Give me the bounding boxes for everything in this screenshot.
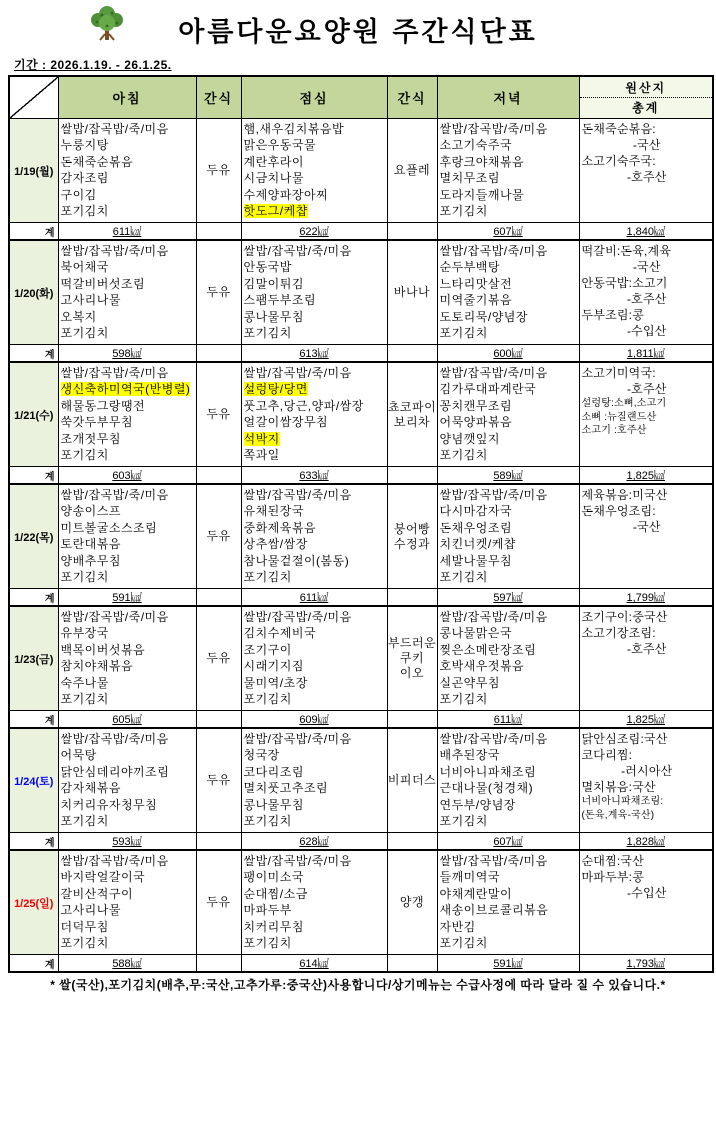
menu-item: 쌀밥/잡곡밥/죽/미음: [61, 243, 196, 259]
origin-cell: 순대찜:국산마파두부:콩-수입산: [579, 850, 713, 955]
menu-text: 쌀밥/잡곡밥/죽/미음: [61, 610, 169, 624]
highlighted-menu-text: 생신축하미역국(반병렬): [61, 382, 191, 396]
morning-snack-cell: 두유: [196, 850, 241, 955]
menu-text: 쌀밥/잡곡밥/죽/미음: [61, 244, 169, 258]
date-cell: 1/23(금): [9, 606, 58, 711]
menu-item: 쌀밥/잡곡밥/죽/미음: [244, 853, 387, 869]
menu-text: 포기김치: [244, 814, 292, 828]
dinner-kcal-cell: 591㎉: [437, 955, 579, 973]
menu-item: 쌀밥/잡곡밥/죽/미음: [244, 487, 387, 503]
menu-text: 콩나물무침: [244, 310, 304, 324]
menu-text: 참나물겉절이(봄동): [244, 554, 350, 568]
date-cell: 1/20(화): [9, 240, 58, 345]
lunch-kcal-cell: 609㎉: [241, 711, 387, 729]
day-row-1/24(토): 1/24(토)쌀밥/잡곡밥/죽/미음어묵탕닭안심데리야끼조림감자채볶음치커리유자…: [9, 728, 713, 833]
snack-text: 바나나: [388, 285, 437, 300]
lunch-menu-cell: 쌀밥/잡곡밥/죽/미음팽이미소국순대찜/소금마파두부치커리무침포기김치: [241, 850, 387, 955]
kcal-value: 589㎉: [493, 470, 522, 482]
kcal-value: 628㎉: [299, 836, 328, 848]
menu-item: 고사리나물: [61, 292, 196, 308]
kcal-row-1/20(화): 계598㎉613㎉600㎉1,811㎉: [9, 345, 713, 363]
daily-total-kcal-cell: 1,811㎉: [579, 345, 713, 363]
menu-item: 쪽과일: [244, 447, 387, 463]
menu-item: 들깨미역국: [440, 869, 579, 885]
lunch-menu-cell: 쌀밥/잡곡밥/죽/미음유채된장국중화제육볶음상추쌈/쌈장참나물겉절이(봄동)포기…: [241, 484, 387, 589]
menu-text: 소고기숙주국: [440, 138, 513, 152]
col-header-breakfast: 아침: [58, 76, 196, 119]
origin-line: -수입산: [582, 885, 713, 901]
menu-text: 미트볼굴소스조림: [61, 521, 158, 535]
menu-item: 쌀밥/잡곡밥/죽/미음: [440, 121, 579, 137]
lunch-menu-cell: 쌀밥/잡곡밥/죽/미음설렁탕/당면풋고추,당근,양파/쌈장얼갈이쌈장무침석박지쪽…: [241, 362, 387, 467]
menu-text: 포기김치: [61, 570, 109, 584]
menu-item: 쌀밥/잡곡밥/죽/미음: [244, 609, 387, 625]
menu-item: 쌀밥/잡곡밥/죽/미음: [440, 243, 579, 259]
snack-text: 이오: [388, 666, 437, 681]
menu-item: 풋고추,당근,양파/쌈장: [244, 398, 387, 414]
menu-text: 쌀밥/잡곡밥/죽/미음: [61, 366, 169, 380]
menu-text: 고사리나물: [61, 903, 121, 917]
kcal-value: 609㎉: [299, 714, 328, 726]
kcal-value: 633㎉: [299, 470, 328, 482]
breakfast-kcal-cell: 598㎉: [58, 345, 196, 363]
breakfast-kcal-cell: 605㎉: [58, 711, 196, 729]
menu-text: 쌀밥/잡곡밥/죽/미음: [61, 122, 169, 136]
morning-snack-cell: 두유: [196, 606, 241, 711]
kcal-value: 607㎉: [493, 226, 522, 238]
menu-item: 순대찜/소금: [244, 886, 387, 902]
origin-line: 너비아니파채조림:: [582, 795, 713, 809]
menu-text: 유부장국: [61, 626, 109, 640]
menu-item: 소고기숙주국: [440, 137, 579, 153]
menu-text: 구이김: [61, 188, 97, 202]
origin-line: 닭안심조림:국산: [582, 731, 713, 747]
dinner-kcal-cell: 607㎉: [437, 833, 579, 851]
menu-item: 북어채국: [61, 259, 196, 275]
snack-text: 양갱: [388, 895, 437, 910]
menu-item: 포기김치: [244, 569, 387, 585]
menu-text: 꽁치캔무조림: [440, 399, 513, 413]
origin-line: -호주산: [582, 381, 713, 397]
lunch-menu-cell: 쌀밥/잡곡밥/죽/미음김치수제비국조기구이시래기지짐물미역/초장포기김치: [241, 606, 387, 711]
menu-text: 배추된장국: [440, 748, 500, 762]
footnote: * 쌀(국산),포기김치(배추,무:국산,고추가루:중국산)사용합니다/상기메뉴…: [0, 976, 716, 993]
dinner-kcal-cell: 607㎉: [437, 223, 579, 241]
menu-item: 쌀밥/잡곡밥/죽/미음: [61, 365, 196, 381]
origin-header-bottom: 총계: [580, 98, 713, 118]
menu-text: 물미역/초장: [244, 676, 308, 690]
snack-kcal-empty-cell: [196, 345, 241, 363]
menu-item: 마파두부: [244, 902, 387, 918]
snack-kcal-empty-cell: [196, 955, 241, 973]
afternoon-snack-cell: 바나나: [387, 240, 437, 345]
kcal-value: 598㎉: [112, 348, 141, 360]
kcal-row-label: 계: [9, 345, 58, 363]
dinner-menu-cell: 쌀밥/잡곡밥/죽/미음김가루대파계란국꽁치캔무조림어묵양파볶음양념깻잎지포기김치: [437, 362, 579, 467]
menu-text: 쑥갓두부무침: [61, 415, 134, 429]
menu-item: 꽁치캔무조림: [440, 398, 579, 414]
menu-item: 쌀밥/잡곡밥/죽/미음: [440, 731, 579, 747]
afternoon-snack-cell: 양갱: [387, 850, 437, 955]
lunch-kcal-cell: 611㎉: [241, 589, 387, 607]
menu-text: 포기김치: [244, 936, 292, 950]
origin-line: 소고기미역국:: [582, 365, 713, 381]
menu-text: 쌀밥/잡곡밥/죽/미음: [61, 488, 169, 502]
origin-cell: 조기구이:중국산소고기장조림:-호주산: [579, 606, 713, 711]
menu-item: 치커리무침: [244, 919, 387, 935]
menu-text: 쌀밥/잡곡밥/죽/미음: [440, 366, 548, 380]
afternoon-snack-cell: 요플레: [387, 119, 437, 223]
kcal-value: 1,799㎉: [626, 592, 665, 604]
menu-text: 돈채죽순볶음: [61, 155, 134, 169]
menu-item: 포기김치: [440, 203, 579, 219]
menu-item: 쌀밥/잡곡밥/죽/미음: [61, 487, 196, 503]
menu-text: 자반김: [440, 920, 476, 934]
menu-text: 멸치무조림: [440, 171, 500, 185]
daily-total-kcal-cell: 1,825㎉: [579, 467, 713, 485]
menu-text: 포기김치: [61, 692, 109, 706]
breakfast-kcal-cell: 591㎉: [58, 589, 196, 607]
menu-text: 감자조림: [61, 171, 109, 185]
lunch-kcal-cell: 633㎉: [241, 467, 387, 485]
snack-text: 두유: [197, 407, 241, 422]
snack-text: 쵸코파이: [388, 400, 437, 415]
menu-text: 치커리무침: [244, 920, 304, 934]
origin-line: -국산: [582, 259, 713, 275]
menu-item: 도라지들깨나물: [440, 187, 579, 203]
origin-line: 돈채우엉조림:: [582, 503, 713, 519]
afternoon-snack-cell: 붕어빵수정과: [387, 484, 437, 589]
menu-text: 스팸두부조림: [244, 293, 317, 307]
kcal-value: 588㎉: [112, 958, 141, 970]
menu-text: 어묵양파볶음: [440, 415, 513, 429]
lunch-menu-cell: 햄,새우김치볶음밥맑은우동국물계란후라이시금치나물수제양파장아찌핫도그/케챱: [241, 119, 387, 223]
day-row-1/19(월): 1/19(월)쌀밥/잡곡밥/죽/미음누룽지탕돈채죽순볶음감자조림구이김포기김치두…: [9, 119, 713, 223]
menu-text: 너비아니파채조림: [440, 765, 537, 779]
menu-text: 쌀밥/잡곡밥/죽/미음: [244, 244, 352, 258]
origin-line: 마파두부:콩: [582, 869, 713, 885]
lunch-kcal-cell: 622㎉: [241, 223, 387, 241]
kcal-value: 611㎉: [494, 714, 523, 726]
kcal-value: 607㎉: [493, 836, 522, 848]
date-cell: 1/21(수): [9, 362, 58, 467]
snack-kcal-empty-cell: [196, 467, 241, 485]
menu-text: 포기김치: [61, 204, 109, 218]
menu-item: 오복지: [61, 309, 196, 325]
period-label: 기간 : 2026.1.19. - 26.1.25.: [14, 56, 716, 73]
snack-text: 쿠키: [388, 651, 437, 666]
kcal-row-label: 계: [9, 223, 58, 241]
menu-text: 풋고추,당근,양파/쌈장: [244, 399, 364, 413]
menu-text: 해물동그랑땡전: [61, 399, 146, 413]
menu-item: 포기김치: [440, 935, 579, 951]
kcal-row-label: 계: [9, 833, 58, 851]
menu-item: 양배추무침: [61, 553, 196, 569]
menu-item: 포기김치: [244, 813, 387, 829]
menu-item: 도토리묵/양념장: [440, 309, 579, 325]
menu-text: 포기김치: [440, 326, 488, 340]
menu-text: 호박새우젓볶음: [440, 659, 525, 673]
menu-item: 쌀밥/잡곡밥/죽/미음: [440, 365, 579, 381]
menu-item: 포기김치: [61, 447, 196, 463]
menu-text: 치커리유자청무침: [61, 798, 158, 812]
menu-item: 콩나물무침: [244, 797, 387, 813]
menu-text: 멸치풋고추조림: [244, 781, 329, 795]
kcal-row-1/24(토): 계593㎉628㎉607㎉1,828㎉: [9, 833, 713, 851]
menu-item: 세발나물무침: [440, 553, 579, 569]
snack-text: 두유: [197, 285, 241, 300]
kcal-value: 600㎉: [493, 348, 522, 360]
breakfast-kcal-cell: 603㎉: [58, 467, 196, 485]
morning-snack-cell: 두유: [196, 362, 241, 467]
snack-kcal-empty-cell: [387, 833, 437, 851]
menu-item: 포기김치: [61, 203, 196, 219]
day-row-1/21(수): 1/21(수)쌀밥/잡곡밥/죽/미음생신축하미역국(반병렬)해물동그랑땡전쑥갓두…: [9, 362, 713, 467]
menu-item: 새송이브로콜리볶음: [440, 902, 579, 918]
menu-item: 연두부/양념장: [440, 797, 579, 813]
dinner-menu-cell: 쌀밥/잡곡밥/죽/미음다시마감자국돈채우엉조림치킨너켓/케챱세발나물무침포기김치: [437, 484, 579, 589]
kcal-value: 597㎉: [493, 592, 522, 604]
daily-total-kcal-cell: 1,825㎉: [579, 711, 713, 729]
menu-item: 어묵탕: [61, 747, 196, 763]
snack-kcal-empty-cell: [387, 345, 437, 363]
menu-text: 닭안심데리야끼조림: [61, 765, 170, 779]
menu-item: 다시마감자국: [440, 503, 579, 519]
menu-item: 유부장국: [61, 625, 196, 641]
menu-text: 팽이미소국: [244, 870, 304, 884]
menu-item: 유채된장국: [244, 503, 387, 519]
menu-text: 쌀밥/잡곡밥/죽/미음: [244, 854, 352, 868]
menu-text: 쌀밥/잡곡밥/죽/미음: [440, 488, 548, 502]
daily-total-kcal-cell: 1,799㎉: [579, 589, 713, 607]
menu-text: 상추쌈/쌈장: [244, 537, 308, 551]
menu-item: 스팸두부조림: [244, 292, 387, 308]
menu-text: 쌀밥/잡곡밥/죽/미음: [61, 854, 169, 868]
menu-text: 들깨미역국: [440, 870, 500, 884]
menu-text: 유채된장국: [244, 504, 304, 518]
menu-text: 조개젓무침: [61, 432, 121, 446]
dinner-menu-cell: 쌀밥/잡곡밥/죽/미음순두부백탕느타리맛살전미역줄기볶음도토리묵/양념장포기김치: [437, 240, 579, 345]
breakfast-kcal-cell: 611㎉: [58, 223, 196, 241]
snack-text: 수정과: [388, 537, 437, 552]
date-cell: 1/22(목): [9, 484, 58, 589]
menu-item: 찢은소메란장조림: [440, 642, 579, 658]
menu-text: 더덕무침: [61, 920, 109, 934]
menu-text: 치킨너켓/케챱: [440, 537, 516, 551]
menu-text: 김말이튀김: [244, 277, 304, 291]
menu-text: 양배추무침: [61, 554, 121, 568]
tree-logo-icon: [88, 4, 126, 49]
menu-text: 쪽과일: [244, 448, 280, 462]
origin-line: 설렁탕:소뼈,소고기: [582, 397, 713, 411]
kcal-value: 611㎉: [300, 592, 329, 604]
menu-text: 김치수제비국: [244, 626, 317, 640]
menu-text: 후랑크야채볶음: [440, 155, 525, 169]
day-row-1/25(일): 1/25(일)쌀밥/잡곡밥/죽/미음바지락얼갈이국갈비산적구이고사리나물더덕무침…: [9, 850, 713, 955]
menu-text: 시래기지짐: [244, 659, 304, 673]
kcal-row-label: 계: [9, 467, 58, 485]
menu-text: 쌀밥/잡곡밥/죽/미음: [440, 854, 548, 868]
origin-line: 순대찜:국산: [582, 853, 713, 869]
lunch-kcal-cell: 613㎉: [241, 345, 387, 363]
menu-item: 양념깻잎지: [440, 431, 579, 447]
menu-text: 감자채볶음: [61, 781, 121, 795]
breakfast-menu-cell: 쌀밥/잡곡밥/죽/미음생신축하미역국(반병렬)해물동그랑땡전쑥갓두부무침조개젓무…: [58, 362, 196, 467]
title-bar: 아름다운요양원 주간식단표: [0, 0, 716, 54]
menu-text: 청국장: [244, 748, 280, 762]
menu-text: 얼갈이쌈장무침: [244, 415, 329, 429]
menu-text: 누룽지탕: [61, 138, 109, 152]
snack-text: 요플레: [388, 163, 437, 178]
kcal-value: 603㎉: [112, 470, 141, 482]
snack-text: 두유: [197, 651, 241, 666]
menu-text: 포기김치: [244, 692, 292, 706]
origin-line: 조기구이:중국산: [582, 609, 713, 625]
kcal-row-1/23(금): 계605㎉609㎉611㎉1,825㎉: [9, 711, 713, 729]
menu-item: 배추된장국: [440, 747, 579, 763]
menu-item: 햄,새우김치볶음밥: [244, 121, 387, 137]
breakfast-menu-cell: 쌀밥/잡곡밥/죽/미음바지락얼갈이국갈비산적구이고사리나물더덕무침포기김치: [58, 850, 196, 955]
menu-item: 미역줄기볶음: [440, 292, 579, 308]
menu-text: 숙주나물: [61, 676, 109, 690]
kcal-row-label: 계: [9, 711, 58, 729]
menu-item: 토란대볶음: [61, 536, 196, 552]
menu-item: 쌀밥/잡곡밥/죽/미음: [61, 609, 196, 625]
menu-item: 양송이스프: [61, 503, 196, 519]
menu-item: 치킨너켓/케챱: [440, 536, 579, 552]
kcal-value: 591㎉: [493, 958, 522, 970]
menu-text: 세발나물무침: [440, 554, 513, 568]
menu-item: 포기김치: [61, 569, 196, 585]
menu-item: 김가루대파계란국: [440, 381, 579, 397]
snack-text: 부드러운: [388, 636, 437, 651]
menu-item: 시래기지짐: [244, 658, 387, 674]
origin-line: -호주산: [582, 169, 713, 185]
menu-text: 떡갈비버섯조림: [61, 277, 146, 291]
snack-text: 두유: [197, 773, 241, 788]
morning-snack-cell: 두유: [196, 484, 241, 589]
menu-item: 쌀밥/잡곡밥/죽/미음: [61, 853, 196, 869]
snack-text: 보리차: [388, 415, 437, 430]
kcal-value: 593㎉: [112, 836, 141, 848]
menu-text: 포기김치: [61, 936, 109, 950]
daily-total-kcal-cell: 1,828㎉: [579, 833, 713, 851]
dinner-kcal-cell: 597㎉: [437, 589, 579, 607]
menu-item: 멸치풋고추조림: [244, 780, 387, 796]
lunch-menu-cell: 쌀밥/잡곡밥/죽/미음청국장코다리조림멸치풋고추조림콩나물무침포기김치: [241, 728, 387, 833]
menu-item: 포기김치: [440, 325, 579, 341]
col-header-snack2: 간식: [387, 76, 437, 119]
menu-text: 포기김치: [440, 570, 488, 584]
menu-item: 구이김: [61, 187, 196, 203]
menu-text: 연두부/양념장: [440, 798, 516, 812]
kcal-row-1/22(목): 계591㎉611㎉597㎉1,799㎉: [9, 589, 713, 607]
menu-text: 조기구이: [244, 643, 292, 657]
menu-item: 중화제육볶음: [244, 520, 387, 536]
breakfast-menu-cell: 쌀밥/잡곡밥/죽/미음유부장국백목이버섯볶음참치야채볶음숙주나물포기김치: [58, 606, 196, 711]
menu-item: 참치야채볶음: [61, 658, 196, 674]
menu-text: 갈비산적구이: [61, 887, 134, 901]
snack-kcal-empty-cell: [196, 223, 241, 241]
kcal-value: 1,811㎉: [627, 348, 665, 360]
menu-text: 마파두부: [244, 903, 292, 917]
col-header-lunch: 점심: [241, 76, 387, 119]
menu-item: 갈비산적구이: [61, 886, 196, 902]
kcal-value: 614㎉: [299, 958, 328, 970]
menu-text: 수제양파장아찌: [244, 188, 329, 202]
menu-text: 참치야채볶음: [61, 659, 134, 673]
menu-item: 해물동그랑땡전: [61, 398, 196, 414]
menu-text: 어묵탕: [61, 748, 97, 762]
col-header-snack1: 간식: [196, 76, 241, 119]
menu-text: 콩나물무침: [244, 798, 304, 812]
menu-item: 포기김치: [61, 691, 196, 707]
kcal-row-label: 계: [9, 589, 58, 607]
menu-item: 후랑크야채볶음: [440, 154, 579, 170]
menu-item: 포기김치: [61, 813, 196, 829]
menu-item: 계란후라이: [244, 154, 387, 170]
menu-text: 포기김치: [244, 570, 292, 584]
kcal-value: 1,793㎉: [626, 958, 665, 970]
menu-item: 콩나물맑은국: [440, 625, 579, 641]
menu-item: 콩나물무침: [244, 309, 387, 325]
menu-text: 포기김치: [440, 814, 488, 828]
kcal-row-label: 계: [9, 955, 58, 973]
origin-line: 소고기장조림:: [582, 625, 713, 641]
snack-kcal-empty-cell: [387, 955, 437, 973]
highlighted-menu-text: 핫도그/케챱: [244, 204, 308, 218]
breakfast-menu-cell: 쌀밥/잡곡밥/죽/미음어묵탕닭안심데리야끼조림감자채볶음치커리유자청무침포기김치: [58, 728, 196, 833]
menu-item: 너비아니파채조림: [440, 764, 579, 780]
breakfast-kcal-cell: 593㎉: [58, 833, 196, 851]
date-cell: 1/19(월): [9, 119, 58, 223]
menu-item: 쌀밥/잡곡밥/죽/미음: [440, 487, 579, 503]
menu-item: 자반김: [440, 919, 579, 935]
origin-line: 소고기 :호주산: [582, 424, 713, 438]
menu-text: 찢은소메란장조림: [440, 643, 537, 657]
menu-text: 실곤약무침: [440, 676, 500, 690]
col-header-dinner: 저녁: [437, 76, 579, 119]
menu-text: 느타리맛살전: [440, 277, 513, 291]
menu-item: 수제양파장아찌: [244, 187, 387, 203]
kcal-value: 1,828㎉: [626, 836, 665, 848]
menu-text: 김가루대파계란국: [440, 382, 537, 396]
daily-total-kcal-cell: 1,840㎉: [579, 223, 713, 241]
menu-item: 누룽지탕: [61, 137, 196, 153]
menu-text: 쌀밥/잡곡밥/죽/미음: [244, 732, 352, 746]
menu-text: 안동국밥: [244, 260, 292, 274]
dinner-kcal-cell: 611㎉: [437, 711, 579, 729]
menu-item: 쌀밥/잡곡밥/죽/미음: [244, 731, 387, 747]
menu-item: 쌀밥/잡곡밥/죽/미음: [440, 609, 579, 625]
menu-text: 포기김치: [61, 814, 109, 828]
menu-text: 도토리묵/양념장: [440, 310, 528, 324]
afternoon-snack-cell: 비피더스: [387, 728, 437, 833]
menu-text: 쌀밥/잡곡밥/죽/미음: [61, 732, 169, 746]
menu-item: 호박새우젓볶음: [440, 658, 579, 674]
menu-text: 다시마감자국: [440, 504, 513, 518]
breakfast-menu-cell: 쌀밥/잡곡밥/죽/미음누룽지탕돈채죽순볶음감자조림구이김포기김치: [58, 119, 196, 223]
origin-line: 제육볶음:미국산: [582, 487, 713, 503]
menu-text: 양념깻잎지: [440, 432, 500, 446]
menu-text: 바지락얼갈이국: [61, 870, 146, 884]
menu-text: 쌀밥/잡곡밥/죽/미음: [440, 122, 548, 136]
menu-text: 야채계란말이: [440, 887, 513, 901]
origin-line: 두부조림:콩: [582, 307, 713, 323]
menu-item: 쑥갓두부무침: [61, 414, 196, 430]
menu-item: 핫도그/케챱: [244, 203, 387, 219]
menu-item: 어묵양파볶음: [440, 414, 579, 430]
